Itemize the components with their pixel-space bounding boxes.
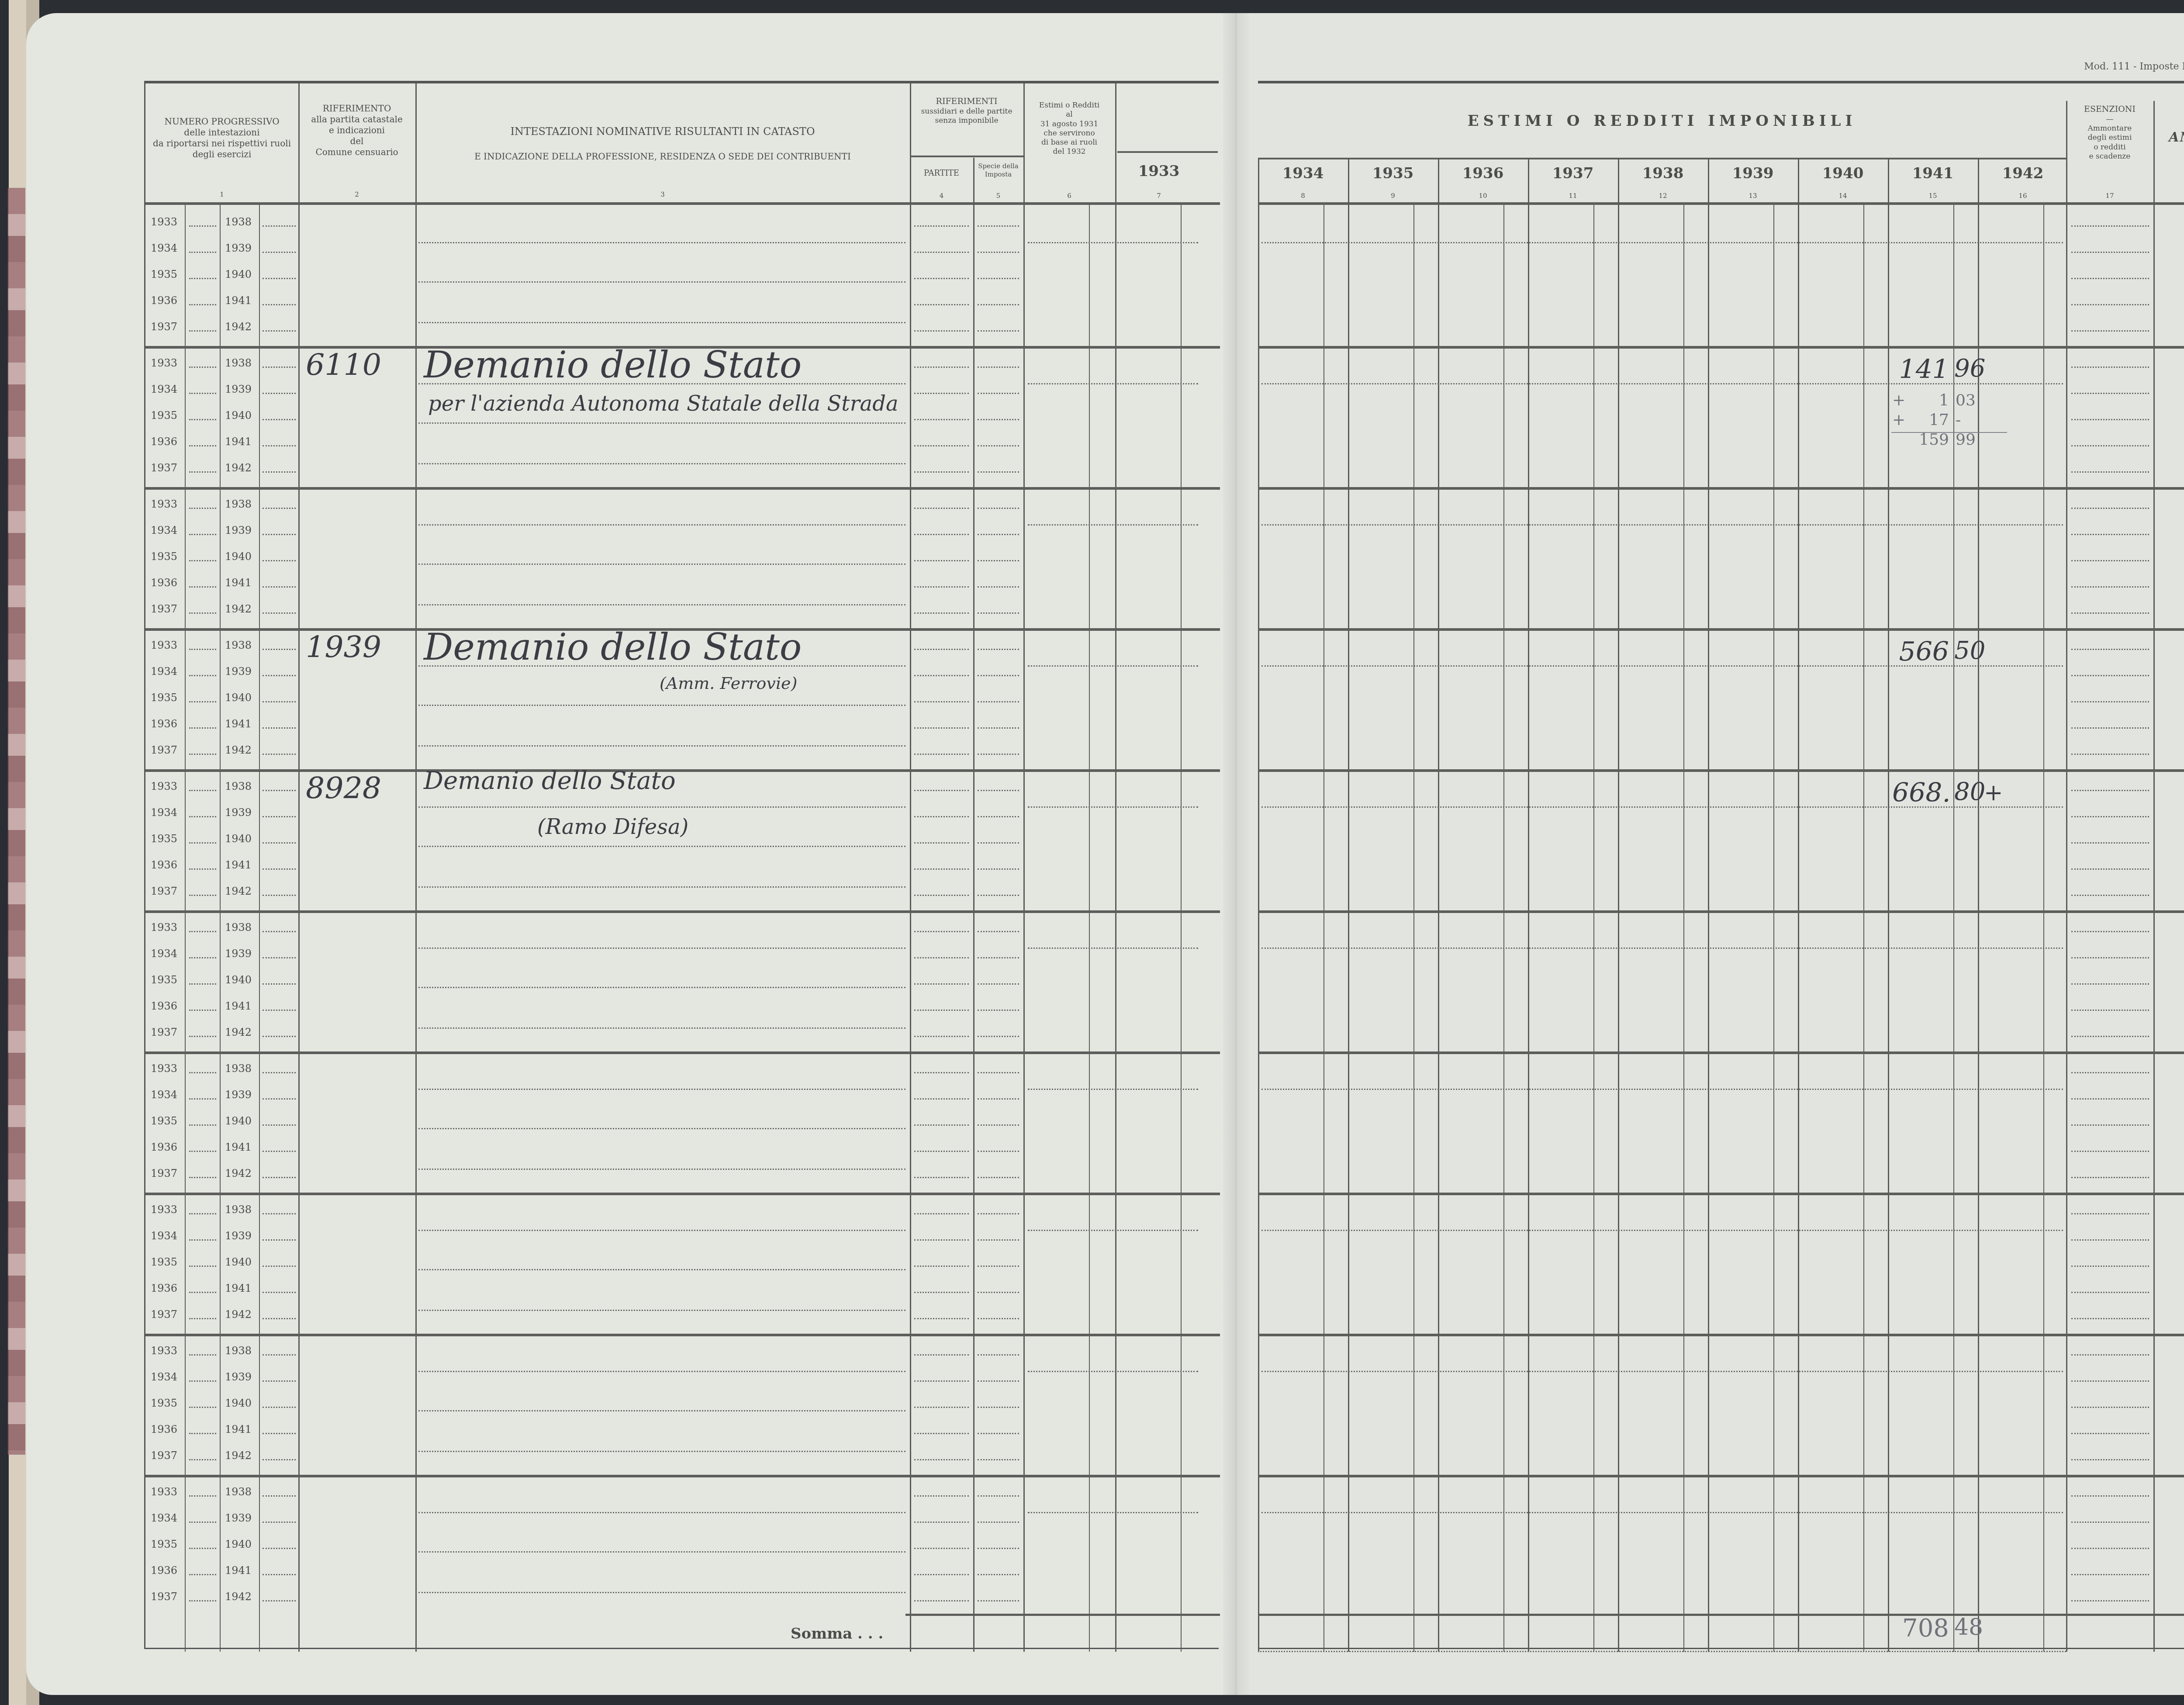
dotted-rule bbox=[914, 252, 969, 253]
col-divider bbox=[1348, 158, 1349, 1652]
dotted-rule bbox=[189, 701, 216, 702]
dotted-rule bbox=[189, 471, 216, 473]
cent-divider bbox=[1683, 205, 1684, 1652]
row-year-a: 1937 bbox=[151, 1026, 177, 1038]
row-year-a: 1935 bbox=[151, 1256, 177, 1268]
row-year-a: 1934 bbox=[151, 1230, 177, 1242]
header-riferimento: RIFERIMENTO alla partita catastale e ind… bbox=[298, 103, 415, 158]
row-year-a: 1937 bbox=[151, 1591, 177, 1603]
col-divider bbox=[1023, 83, 1025, 1652]
block-rule bbox=[145, 1051, 1220, 1054]
header-year-1935: 1935 bbox=[1348, 164, 1438, 183]
dotted-rule bbox=[978, 842, 1019, 844]
value-1941-lire: 566 bbox=[1892, 636, 1949, 667]
dotted-rule bbox=[2071, 1292, 2149, 1293]
row-year-b: 1938 bbox=[225, 498, 252, 510]
dotted-rule bbox=[189, 1213, 216, 1214]
dotted-rule bbox=[2071, 586, 2149, 588]
dotted-rule bbox=[2071, 701, 2149, 702]
row-year-a: 1935 bbox=[151, 268, 177, 280]
column-number: 18 bbox=[2153, 192, 2184, 200]
row-year-b: 1939 bbox=[225, 524, 252, 536]
dotted-rule bbox=[263, 727, 296, 729]
somma-1941-cent: 48 bbox=[1954, 1614, 1983, 1640]
dotted-rule bbox=[189, 1266, 216, 1267]
dotted-rule bbox=[418, 1169, 905, 1170]
block-rule bbox=[1258, 769, 2184, 772]
taxpayer-name: Demanio dello Stato bbox=[424, 626, 802, 668]
dotted-rule bbox=[263, 1124, 296, 1126]
row-year-b: 1940 bbox=[225, 974, 252, 986]
dotted-rule bbox=[914, 1495, 969, 1497]
column-number: 16 bbox=[1978, 192, 2068, 200]
dotted-rule bbox=[978, 1600, 1019, 1601]
row-year-b: 1938 bbox=[225, 216, 252, 228]
column-number: 6 bbox=[1023, 192, 1115, 200]
row-year-b: 1940 bbox=[225, 833, 252, 845]
dotted-rule bbox=[189, 816, 216, 817]
dotted-rule bbox=[418, 1128, 905, 1129]
dotted-rule bbox=[263, 330, 296, 332]
dotted-rule bbox=[914, 1072, 969, 1073]
dotted-rule bbox=[914, 931, 969, 932]
col-divider bbox=[220, 205, 221, 1652]
dotted-rule bbox=[2071, 931, 2149, 932]
dotted-rule bbox=[914, 1292, 969, 1293]
dotted-rule bbox=[914, 560, 969, 561]
bookmark-ribbon bbox=[8, 188, 25, 1455]
dotted-rule bbox=[263, 649, 296, 650]
row-year-b: 1942 bbox=[225, 1308, 252, 1321]
row-year-b: 1938 bbox=[225, 1062, 252, 1075]
header-year-1939: 1939 bbox=[1708, 164, 1798, 183]
row-year-b: 1939 bbox=[225, 1089, 252, 1101]
column-number: 13 bbox=[1708, 192, 1798, 200]
dotted-rule bbox=[2071, 1072, 2149, 1073]
column-number: 14 bbox=[1798, 192, 1888, 200]
dotted-rule bbox=[914, 419, 969, 420]
dotted-rule bbox=[189, 252, 216, 253]
dotted-rule bbox=[189, 1239, 216, 1241]
column-number: 4 bbox=[910, 192, 973, 200]
dotted-rule bbox=[914, 1522, 969, 1523]
col-divider bbox=[185, 205, 186, 1652]
dotted-rule bbox=[2071, 1407, 2149, 1408]
block-rule bbox=[145, 1334, 1220, 1336]
somma-label: Somma . . . bbox=[791, 1625, 883, 1643]
column-number: 1 bbox=[145, 190, 298, 199]
row-year-b: 1941 bbox=[225, 1282, 252, 1294]
dotted-rule bbox=[1028, 242, 1198, 243]
block-rule bbox=[1258, 487, 2184, 490]
dotted-rule bbox=[914, 586, 969, 588]
dotted-rule bbox=[189, 1433, 216, 1434]
block-rule bbox=[1258, 910, 2184, 913]
dotted-rule bbox=[1028, 1512, 1198, 1513]
row-year-a: 1936 bbox=[151, 1000, 177, 1012]
column-number: 9 bbox=[1348, 192, 1438, 200]
dotted-rule bbox=[189, 1407, 216, 1408]
col-divider bbox=[1798, 158, 1799, 1652]
cent-divider bbox=[1773, 205, 1774, 1652]
col-divider bbox=[1618, 158, 1619, 1652]
dotted-rule bbox=[978, 931, 1019, 932]
dotted-rule bbox=[978, 1124, 1019, 1126]
column-number: 17 bbox=[2066, 192, 2153, 200]
row-year-b: 1939 bbox=[225, 948, 252, 960]
dotted-rule bbox=[2071, 1574, 2149, 1575]
row-year-a: 1935 bbox=[151, 1397, 177, 1409]
block-rule bbox=[145, 487, 1220, 490]
dotted-rule bbox=[914, 1548, 969, 1549]
dotted-rule bbox=[189, 727, 216, 729]
block-rule bbox=[145, 910, 1220, 913]
row-year-b: 1941 bbox=[225, 1000, 252, 1012]
header-year-1937: 1937 bbox=[1528, 164, 1618, 183]
dotted-rule bbox=[2071, 1433, 2149, 1434]
row-year-b: 1942 bbox=[225, 744, 252, 756]
dotted-rule bbox=[978, 1072, 1019, 1073]
dotted-rule bbox=[1028, 948, 1198, 949]
dotted-rule bbox=[263, 1354, 296, 1356]
dotted-rule bbox=[978, 895, 1019, 896]
book-gutter bbox=[1223, 13, 1249, 1695]
dotted-rule bbox=[2071, 1010, 2149, 1011]
dotted-rule bbox=[1261, 1089, 2063, 1090]
dotted-rule bbox=[978, 278, 1019, 279]
row-year-b: 1938 bbox=[225, 1486, 252, 1498]
dotted-rule bbox=[914, 612, 969, 614]
dotted-rule bbox=[263, 1459, 296, 1460]
row-year-a: 1936 bbox=[151, 1282, 177, 1294]
column-number: 15 bbox=[1888, 192, 1978, 200]
dotted-rule bbox=[189, 1292, 216, 1293]
dotted-rule bbox=[978, 983, 1019, 985]
dotted-rule bbox=[2071, 895, 2149, 896]
block-rule bbox=[1258, 1193, 2184, 1195]
col-divider bbox=[1888, 158, 1889, 1652]
dotted-rule bbox=[2071, 278, 2149, 279]
col-divider bbox=[1181, 205, 1182, 1652]
row-year-a: 1937 bbox=[151, 885, 177, 897]
dotted-rule bbox=[418, 987, 905, 988]
row-year-a: 1933 bbox=[151, 1204, 177, 1216]
dotted-rule bbox=[2071, 1600, 2149, 1601]
row-year-a: 1936 bbox=[151, 436, 177, 448]
dotted-rule bbox=[263, 1239, 296, 1241]
dotted-rule bbox=[2071, 560, 2149, 561]
dotted-rule bbox=[978, 754, 1019, 755]
dotted-rule bbox=[2071, 1098, 2149, 1100]
dotted-rule bbox=[978, 1522, 1019, 1523]
row-year-a: 1937 bbox=[151, 744, 177, 756]
row-year-a: 1933 bbox=[151, 498, 177, 510]
partita-number: 6110 bbox=[306, 348, 381, 382]
row-year-b: 1938 bbox=[225, 357, 252, 369]
row-year-a: 1936 bbox=[151, 1141, 177, 1153]
pencil-lire: 17 bbox=[1905, 411, 1949, 429]
dotted-rule bbox=[1028, 1371, 1198, 1372]
dotted-rule bbox=[978, 1318, 1019, 1319]
dotted-rule bbox=[914, 1380, 969, 1382]
sub-header-rule bbox=[910, 156, 1023, 157]
dotted-rule bbox=[263, 983, 296, 985]
dotted-rule bbox=[978, 1098, 1019, 1100]
dotted-rule bbox=[978, 1010, 1019, 1011]
dotted-rule bbox=[914, 701, 969, 702]
dotted-rule bbox=[978, 649, 1019, 650]
header-annotazioni: ANNOTAZIONI bbox=[2153, 129, 2184, 146]
dotted-rule bbox=[189, 1151, 216, 1152]
header-year-1940: 1940 bbox=[1798, 164, 1888, 183]
dotted-rule bbox=[2071, 534, 2149, 535]
dotted-rule bbox=[263, 612, 296, 614]
dotted-rule bbox=[914, 1459, 969, 1460]
dotted-rule bbox=[2071, 816, 2149, 817]
header-year-1942: 1942 bbox=[1978, 164, 2068, 183]
dotted-rule bbox=[189, 842, 216, 844]
pencil-cent: 03 bbox=[1956, 391, 1976, 409]
dotted-rule bbox=[189, 534, 216, 535]
row-year-b: 1940 bbox=[225, 550, 252, 563]
dotted-rule bbox=[2071, 649, 2149, 650]
row-year-b: 1941 bbox=[225, 577, 252, 589]
dotted-rule bbox=[914, 790, 969, 791]
dotted-rule bbox=[978, 816, 1019, 817]
dotted-rule bbox=[418, 1592, 905, 1593]
header-rule bbox=[145, 202, 1220, 205]
row-year-a: 1933 bbox=[151, 921, 177, 934]
dotted-rule bbox=[978, 1354, 1019, 1356]
dotted-rule bbox=[189, 1124, 216, 1126]
dotted-rule bbox=[978, 1407, 1019, 1408]
dotted-rule bbox=[189, 367, 216, 368]
dotted-rule bbox=[263, 534, 296, 535]
dotted-rule bbox=[263, 701, 296, 702]
row-year-b: 1941 bbox=[225, 859, 252, 871]
column-number: 12 bbox=[1618, 192, 1708, 200]
dotted-rule bbox=[914, 225, 969, 227]
dotted-rule bbox=[978, 471, 1019, 473]
dotted-rule bbox=[263, 1151, 296, 1152]
row-year-b: 1941 bbox=[225, 718, 252, 730]
row-year-a: 1934 bbox=[151, 1371, 177, 1383]
dotted-rule bbox=[978, 727, 1019, 729]
dotted-rule bbox=[189, 419, 216, 420]
dotted-rule bbox=[978, 612, 1019, 614]
dotted-rule bbox=[914, 1239, 969, 1241]
dotted-rule bbox=[978, 1036, 1019, 1037]
somma-dotted bbox=[1258, 1651, 2066, 1652]
dotted-rule bbox=[914, 534, 969, 535]
row-year-a: 1937 bbox=[151, 603, 177, 615]
group-header-rule bbox=[1258, 158, 2066, 159]
dotted-rule bbox=[418, 1089, 905, 1090]
dotted-rule bbox=[418, 604, 905, 605]
dotted-rule bbox=[189, 330, 216, 332]
header-specie-imposta: Specie della Imposta bbox=[973, 162, 1023, 179]
dotted-rule bbox=[2071, 868, 2149, 870]
dotted-rule bbox=[263, 367, 296, 368]
row-year-b: 1938 bbox=[225, 1204, 252, 1216]
dotted-rule bbox=[189, 754, 216, 755]
dotted-rule bbox=[1028, 806, 1198, 808]
dotted-rule bbox=[1261, 242, 2063, 243]
column-number: 5 bbox=[973, 192, 1023, 200]
dotted-rule bbox=[263, 790, 296, 791]
column-number: 10 bbox=[1438, 192, 1528, 200]
row-year-a: 1935 bbox=[151, 1538, 177, 1550]
row-year-b: 1942 bbox=[225, 885, 252, 897]
row-year-a: 1934 bbox=[151, 1089, 177, 1101]
dotted-rule bbox=[189, 445, 216, 446]
dotted-rule bbox=[189, 1318, 216, 1319]
row-year-b: 1939 bbox=[225, 383, 252, 395]
dotted-rule bbox=[914, 1266, 969, 1267]
block-rule bbox=[145, 1475, 1220, 1477]
dotted-rule bbox=[2071, 754, 2149, 755]
block-rule bbox=[1258, 1334, 2184, 1336]
dotted-rule bbox=[2071, 1354, 2149, 1356]
somma-rule bbox=[1258, 1614, 2184, 1616]
dotted-rule bbox=[914, 1574, 969, 1575]
dotted-rule bbox=[914, 1098, 969, 1100]
row-year-b: 1939 bbox=[225, 665, 252, 678]
dotted-rule bbox=[2071, 1151, 2149, 1152]
row-year-a: 1935 bbox=[151, 550, 177, 563]
dotted-rule bbox=[2071, 957, 2149, 958]
taxpayer-detail: (Ramo Difesa) bbox=[537, 815, 688, 839]
dotted-rule bbox=[189, 1495, 216, 1497]
cent-divider bbox=[1863, 205, 1864, 1652]
dotted-rule bbox=[189, 586, 216, 588]
header-estimi-imponibili: ESTIMI O REDDITI IMPONIBILI bbox=[1258, 112, 2066, 131]
somma-1941-lire: 708 bbox=[1892, 1614, 1949, 1643]
header-intestazioni-subtitle: E INDICAZIONE DELLA PROFESSIONE, RESIDEN… bbox=[415, 151, 910, 162]
taxpayer-name: Demanio dello Stato bbox=[424, 343, 802, 386]
dotted-rule bbox=[263, 1010, 296, 1011]
row-year-a: 1936 bbox=[151, 1564, 177, 1577]
dotted-rule bbox=[2071, 842, 2149, 844]
dotted-rule bbox=[189, 1380, 216, 1382]
row-year-b: 1938 bbox=[225, 780, 252, 792]
dotted-rule bbox=[263, 1522, 296, 1523]
col-divider bbox=[259, 205, 260, 1652]
col-divider bbox=[910, 83, 911, 1652]
pencil-sum-line bbox=[1891, 432, 2007, 433]
dotted-rule bbox=[189, 1522, 216, 1523]
dotted-rule bbox=[978, 252, 1019, 253]
row-year-b: 1940 bbox=[225, 692, 252, 704]
block-rule bbox=[1258, 1475, 2184, 1477]
row-year-b: 1941 bbox=[225, 294, 252, 307]
dotted-rule bbox=[2071, 304, 2149, 305]
row-year-b: 1939 bbox=[225, 242, 252, 254]
sub-header-rule bbox=[1117, 151, 1218, 153]
row-year-b: 1939 bbox=[225, 1230, 252, 1242]
dotted-rule bbox=[914, 393, 969, 394]
value-1941-lire: 141 bbox=[1892, 354, 1949, 385]
dotted-rule bbox=[263, 931, 296, 932]
dotted-rule bbox=[263, 1098, 296, 1100]
row-year-a: 1933 bbox=[151, 780, 177, 792]
row-year-a: 1935 bbox=[151, 974, 177, 986]
row-year-a: 1935 bbox=[151, 833, 177, 845]
row-year-b: 1942 bbox=[225, 1167, 252, 1179]
dotted-rule bbox=[263, 1177, 296, 1178]
row-year-a: 1935 bbox=[151, 692, 177, 704]
dotted-rule bbox=[263, 393, 296, 394]
dotted-rule bbox=[263, 1407, 296, 1408]
dotted-rule bbox=[914, 868, 969, 870]
header-partite: PARTITE bbox=[910, 169, 973, 179]
dotted-rule bbox=[263, 675, 296, 676]
dotted-rule bbox=[418, 1371, 905, 1372]
dotted-rule bbox=[418, 846, 905, 847]
header-esenzioni: ESENZIONI — Ammontare degli estimi o red… bbox=[2066, 104, 2153, 161]
dotted-rule bbox=[418, 1310, 905, 1311]
form-id-text: Mod. 111 - Imposte Dirette bbox=[2084, 61, 2184, 72]
dotted-rule bbox=[263, 252, 296, 253]
row-year-b: 1940 bbox=[225, 1115, 252, 1127]
row-year-a: 1936 bbox=[151, 1423, 177, 1435]
row-year-a: 1934 bbox=[151, 806, 177, 819]
dotted-rule bbox=[914, 1036, 969, 1037]
row-year-b: 1938 bbox=[225, 921, 252, 934]
dotted-rule bbox=[2071, 1124, 2149, 1126]
dotted-rule bbox=[189, 895, 216, 896]
dotted-rule bbox=[2071, 419, 2149, 420]
row-year-b: 1940 bbox=[225, 268, 252, 280]
block-rule bbox=[1258, 1051, 2184, 1054]
dotted-rule bbox=[263, 304, 296, 305]
row-year-a: 1936 bbox=[151, 859, 177, 871]
pencil-cent: 99 bbox=[1956, 431, 1976, 449]
value-1941-lire: 668. bbox=[1892, 778, 1949, 808]
dotted-rule bbox=[189, 675, 216, 676]
dotted-rule bbox=[978, 1459, 1019, 1460]
row-year-b: 1942 bbox=[225, 321, 252, 333]
dotted-rule bbox=[2071, 445, 2149, 446]
dotted-rule bbox=[418, 1512, 905, 1513]
header-rule bbox=[1258, 202, 2184, 205]
dotted-rule bbox=[263, 1600, 296, 1601]
dotted-rule bbox=[189, 1098, 216, 1100]
dotted-rule bbox=[978, 868, 1019, 870]
pencil-lire: 1 bbox=[1905, 391, 1949, 409]
row-year-b: 1940 bbox=[225, 1397, 252, 1409]
dotted-rule bbox=[914, 957, 969, 958]
dotted-rule bbox=[418, 422, 905, 424]
dotted-rule bbox=[189, 393, 216, 394]
cent-divider bbox=[1324, 205, 1324, 1652]
dotted-rule bbox=[2071, 1266, 2149, 1267]
dotted-rule bbox=[418, 524, 905, 526]
row-year-a: 1933 bbox=[151, 1486, 177, 1498]
row-year-b: 1938 bbox=[225, 1345, 252, 1357]
form-id: Mod. 111 - Imposte Dirette (Intercalare)… bbox=[2084, 61, 2184, 72]
dotted-rule bbox=[2071, 1459, 2149, 1460]
dotted-rule bbox=[263, 1318, 296, 1319]
dotted-rule bbox=[2071, 727, 2149, 729]
column-number: 11 bbox=[1528, 192, 1618, 200]
col-divider bbox=[973, 158, 975, 1652]
header-year-1941: 1941 bbox=[1888, 164, 1978, 183]
partita-number: 1939 bbox=[306, 630, 381, 664]
col-divider bbox=[1089, 205, 1090, 1652]
dotted-rule bbox=[263, 895, 296, 896]
dotted-rule bbox=[914, 1407, 969, 1408]
